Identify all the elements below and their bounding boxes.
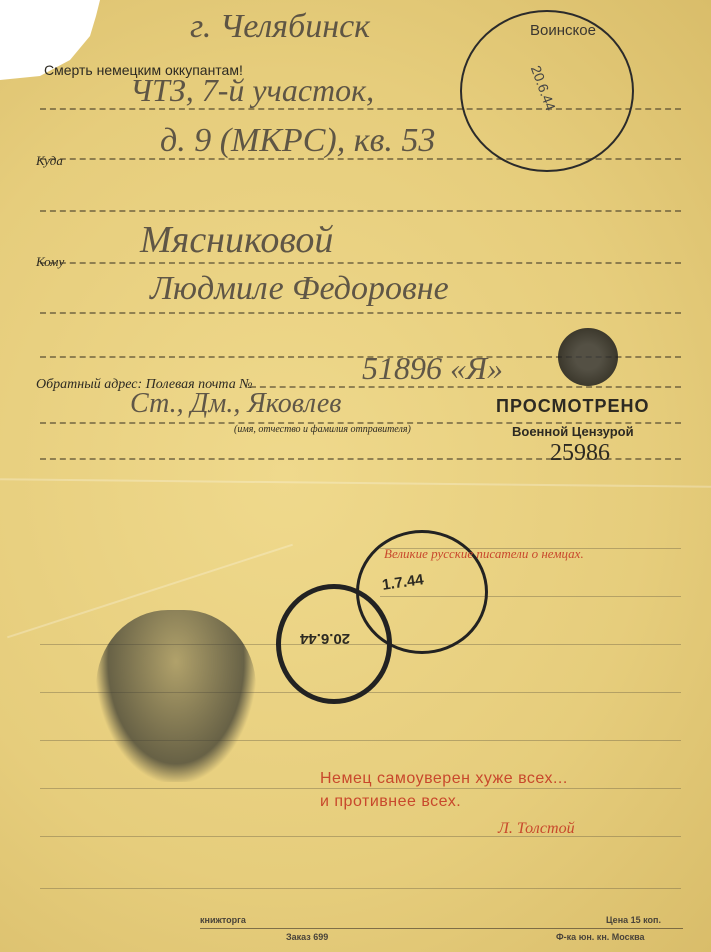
censor-number: 25986 — [550, 440, 610, 467]
rule-line — [40, 888, 681, 889]
recipient-surname-handwriting: Мясниковой — [140, 218, 333, 262]
to-label: Куда — [36, 153, 63, 169]
rule-line — [40, 836, 681, 837]
quote-line-2: и противнее всех. — [320, 793, 461, 811]
rule-line — [40, 262, 681, 264]
whom-label: Кому — [36, 254, 64, 270]
rule-line — [40, 210, 681, 212]
rule-line — [40, 312, 681, 314]
rule-line — [200, 928, 683, 929]
footer-price: Цена 15 коп. — [606, 915, 661, 925]
quote-heading: Великие русские писатели о немцах. — [384, 546, 584, 562]
to-city-handwriting: г. Челябинск — [190, 8, 370, 46]
postmark-left-date: 20.6.44 — [300, 630, 350, 647]
censor-stamp-subtitle: Военной Цензурой — [512, 424, 634, 439]
sender-caption: (имя, отчество и фамилия отправителя) — [234, 424, 411, 435]
to-street-handwriting: ЧТЗ, 7-й участок, — [130, 72, 374, 109]
rule-line — [40, 788, 681, 789]
censor-stamp-title: ПРОСМОТРЕНО — [496, 396, 649, 417]
quote-line-1: Немец самоуверен хуже всех... — [320, 770, 568, 788]
tolstoy-portrait — [96, 610, 256, 782]
to-house-handwriting: д. 9 (МКРС), кв. 53 — [160, 122, 435, 160]
footer-order-number: Заказ 699 — [286, 932, 328, 942]
field-post-number-handwriting: 51896 «Я» — [362, 350, 503, 387]
quote-author: Л. Толстой — [498, 820, 575, 838]
footer-publisher: книжторга — [200, 915, 246, 925]
emblem-icon — [558, 328, 618, 386]
sender-handwriting: Ст., Дм., Яковлев — [130, 388, 341, 420]
footer-factory: Ф-ка юн. кн. Москва — [556, 932, 645, 942]
recipient-name-handwriting: Людмиле Федоровне — [150, 270, 449, 308]
